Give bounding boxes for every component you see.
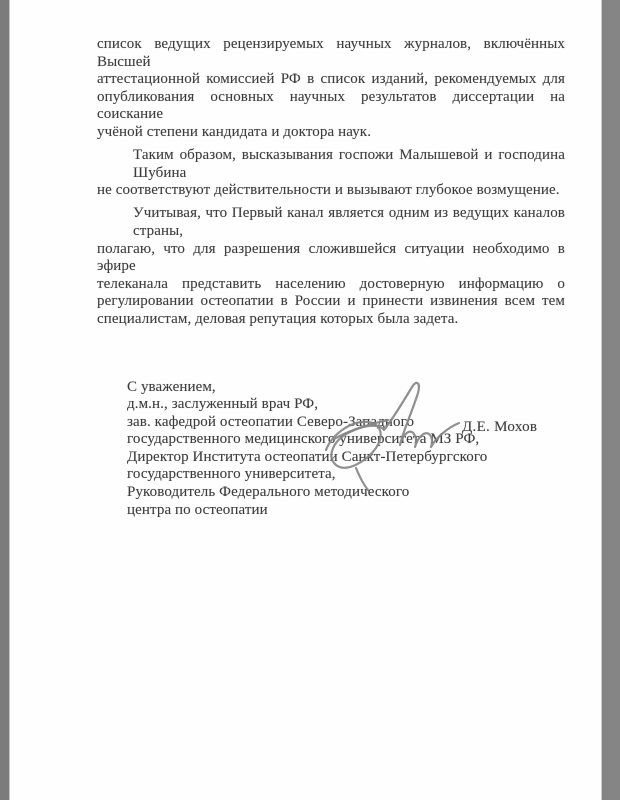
text-line: полагаю, что для разрешения сложившейся …: [97, 241, 565, 276]
text-line: Таким образом, высказывания госпожи Малы…: [97, 147, 565, 182]
text-line: телеканала представить населению достове…: [97, 276, 565, 294]
right-gutter: [601, 0, 620, 800]
signee-name: Д.Е. Мохов: [462, 419, 537, 436]
text-line: регулировании остеопатии в России и прин…: [97, 293, 565, 311]
handwritten-signature-scribble-icon: [318, 372, 470, 498]
left-gutter: [0, 0, 10, 800]
paragraph: Учитывая, что Первый канал является одни…: [97, 205, 565, 328]
text-line: опубликования основных научных результат…: [97, 89, 565, 124]
document-viewer: список ведущих рецензируемых научных жур…: [0, 0, 620, 800]
text-line: не соответствуют действительности и вызы…: [97, 182, 565, 200]
signature-block-line: центра по остеопатии: [127, 502, 565, 520]
text-line: список ведущих рецензируемых научных жур…: [97, 36, 565, 71]
document-page: список ведущих рецензируемых научных жур…: [10, 0, 601, 800]
text-line: специалистам, деловая репутация которых …: [97, 311, 565, 329]
text-line: аттестационной комиссией РФ в список изд…: [97, 71, 565, 89]
text-line: учёной степени кандидата и доктора наук.: [97, 124, 565, 142]
text-line: Учитывая, что Первый канал является одни…: [97, 205, 565, 240]
paragraph: Таким образом, высказывания госпожи Малы…: [97, 147, 565, 200]
paragraph-continuation: список ведущих рецензируемых научных жур…: [97, 36, 565, 142]
